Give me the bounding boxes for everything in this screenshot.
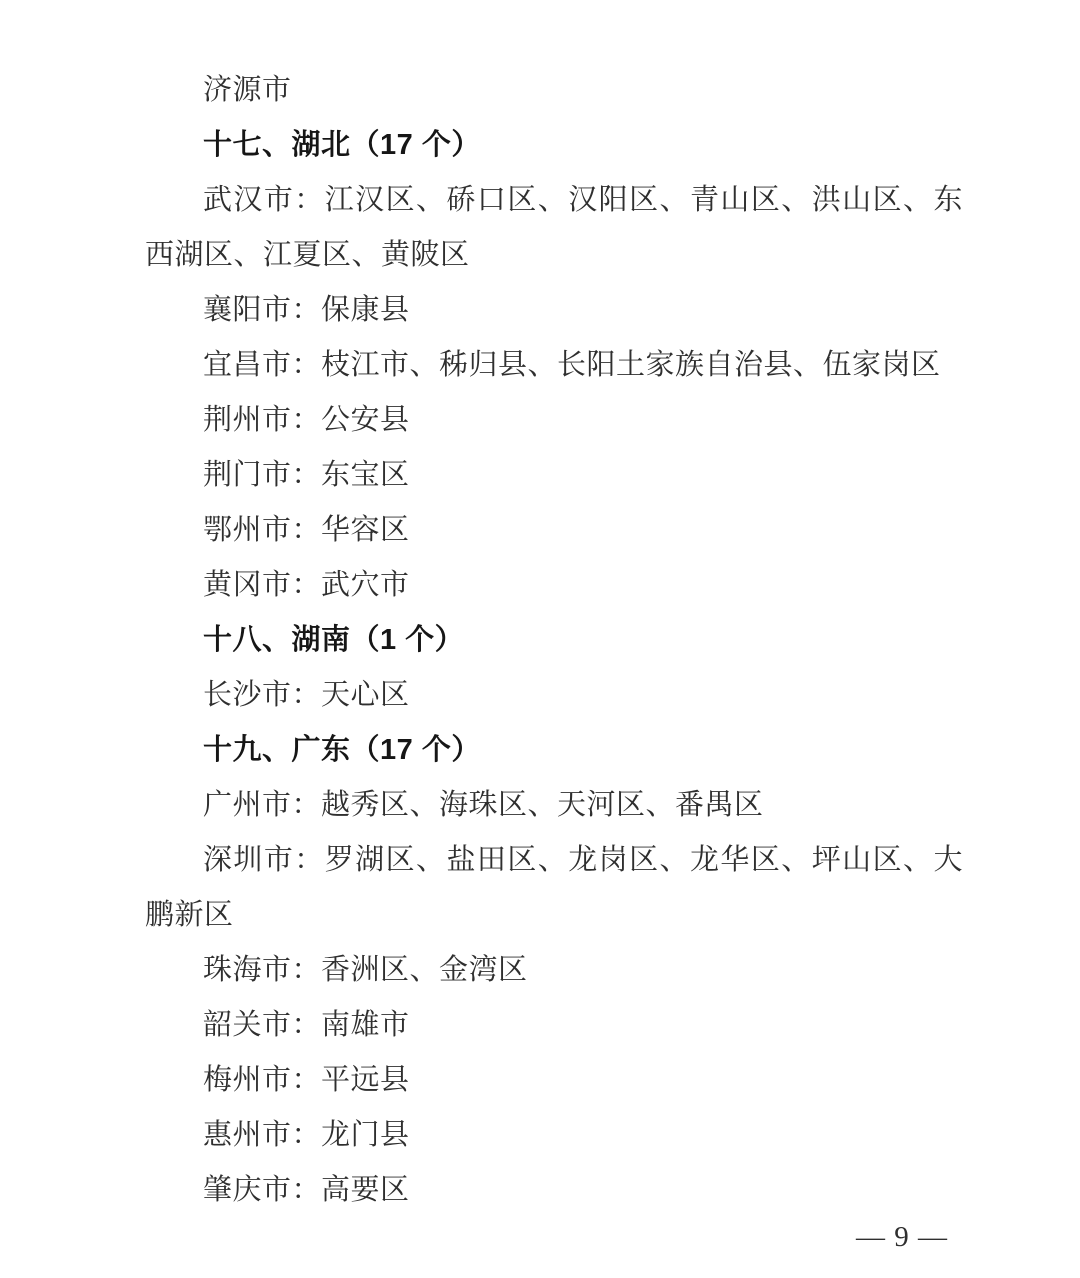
body-paragraph: 宜昌市：枝江市、秭归县、长阳土家族自治县、伍家岗区: [145, 338, 963, 393]
section-heading: 十八、湖南（1 个）: [145, 613, 963, 668]
page-number: — 9 —: [856, 1222, 948, 1253]
document-body: 济源市十七、湖北（17 个）武汉市：江汉区、硚口区、汉阳区、青山区、洪山区、东西…: [145, 63, 963, 1218]
body-paragraph: 荆州市：公安县: [145, 393, 963, 448]
section-heading: 十七、湖北（17 个）: [145, 118, 963, 173]
document-page: 济源市十七、湖北（17 个）武汉市：江汉区、硚口区、汉阳区、青山区、洪山区、东西…: [0, 0, 1080, 1278]
body-paragraph: 惠州市：龙门县: [145, 1108, 963, 1163]
body-paragraph: 襄阳市：保康县: [145, 283, 963, 338]
body-paragraph: 济源市: [145, 63, 963, 118]
body-paragraph: 荆门市：东宝区: [145, 448, 963, 503]
body-paragraph: 鄂州市：华容区: [145, 503, 963, 558]
body-paragraph: 黄冈市：武穴市: [145, 558, 963, 613]
body-paragraph: 韶关市：南雄市: [145, 998, 963, 1053]
body-paragraph: 珠海市：香洲区、金湾区: [145, 943, 963, 998]
body-paragraph: 梅州市：平远县: [145, 1053, 963, 1108]
body-paragraph: 广州市：越秀区、海珠区、天河区、番禺区: [145, 778, 963, 833]
section-heading: 十九、广东（17 个）: [145, 723, 963, 778]
body-paragraph: 长沙市：天心区: [145, 668, 963, 723]
body-paragraph: 深圳市：罗湖区、盐田区、龙岗区、龙华区、坪山区、大鹏新区: [145, 833, 963, 943]
body-paragraph: 武汉市：江汉区、硚口区、汉阳区、青山区、洪山区、东西湖区、江夏区、黄陂区: [145, 173, 963, 283]
body-paragraph: 肇庆市：高要区: [145, 1163, 963, 1218]
